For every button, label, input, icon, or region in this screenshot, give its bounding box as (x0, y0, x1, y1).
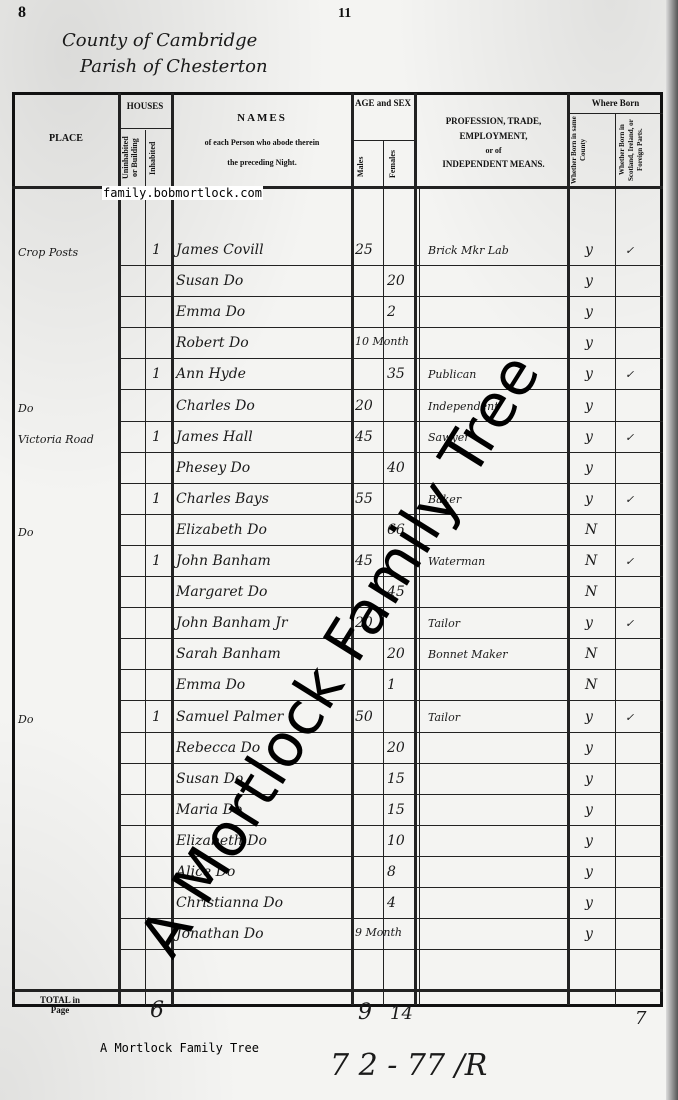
row-inhabited: 1 (152, 242, 161, 258)
row-same_county: N (585, 553, 597, 569)
page-edge-shadow (666, 0, 678, 1100)
row-line (118, 732, 663, 733)
row-female: 20 (387, 740, 405, 756)
totals-label-l2: Page (20, 1005, 100, 1015)
where-born-header-line (567, 113, 663, 114)
row-place: Do (18, 713, 33, 726)
row-same_county: y (585, 398, 593, 414)
houses-header-line (118, 128, 171, 129)
header-males: Males (356, 150, 380, 184)
row-same_county: y (585, 491, 593, 507)
row-name: James Hall (176, 429, 253, 445)
row-same_county: y (585, 460, 593, 476)
row-line (118, 483, 663, 484)
header-place: PLACE (14, 133, 118, 144)
row-male: 25 (355, 242, 373, 258)
totals-label: TOTAL in Page (20, 995, 100, 1015)
row-inhabited: 1 (152, 709, 161, 725)
row-line (118, 421, 663, 422)
totals-foreign: 7 (635, 1008, 646, 1029)
row-name: Elizabeth Do (176, 522, 267, 538)
row-inhabited: 1 (152, 429, 161, 445)
census-table (12, 92, 663, 1007)
col-divider-uninhabited (145, 130, 146, 1005)
row-foreign: ✓ (625, 244, 634, 257)
row-same_county: N (585, 677, 597, 693)
row-name: Margaret Do (176, 584, 267, 600)
row-same_county: N (585, 584, 597, 600)
watermark-footer: A Mortlock Family Tree (100, 1041, 259, 1055)
row-same_county: y (585, 926, 593, 942)
row-female: 15 (387, 802, 405, 818)
row-line (118, 265, 663, 266)
row-same_county: N (585, 646, 597, 662)
page-number-center: 11 (338, 6, 351, 22)
row-foreign: ✓ (625, 555, 634, 568)
header-profession-l4: INDEPENDENT MEANS. (420, 159, 567, 169)
row-male: 9 Month (355, 926, 402, 939)
row-line (118, 327, 663, 328)
row-foreign: ✓ (625, 493, 634, 506)
header-profession-l1: PROFESSION, TRADE, (420, 116, 567, 126)
row-same_county: y (585, 429, 593, 445)
row-line (118, 389, 663, 390)
row-name: Emma Do (176, 677, 245, 693)
row-profession: Tailor (428, 617, 460, 630)
row-inhabited: 1 (152, 491, 161, 507)
county-title: County of Cambridge (62, 30, 257, 51)
row-profession: Brick Mkr Lab (428, 244, 509, 257)
header-profession-l2: EMPLOYMENT, (420, 131, 567, 141)
col-divider-place (118, 93, 121, 1005)
row-female: 40 (387, 460, 405, 476)
row-same_county: y (585, 335, 593, 351)
col-divider-profession (567, 93, 570, 1005)
row-same_county: y (585, 366, 593, 382)
row-female: 20 (387, 646, 405, 662)
totals-females: 14 (390, 1003, 413, 1024)
row-male: 55 (355, 491, 373, 507)
row-same_county: y (585, 864, 593, 880)
row-name: Charles Do (176, 398, 255, 414)
row-line (118, 949, 663, 950)
row-name: Susan Do (176, 273, 243, 289)
row-male: 10 Month (355, 335, 409, 348)
row-female: 20 (387, 273, 405, 289)
row-line (118, 358, 663, 359)
row-profession: Publican (428, 368, 476, 381)
row-line (118, 763, 663, 764)
totals-label-l1: TOTAL in (20, 995, 100, 1005)
row-name: James Covill (176, 242, 264, 258)
row-same_county: y (585, 242, 593, 258)
header-where-born: Where Born (568, 98, 663, 108)
header-females: Females (388, 145, 412, 183)
row-same_county: y (585, 304, 593, 320)
row-same_county: y (585, 615, 593, 631)
header-born-scotland: Whether Born in Scotland, Ireland, or Fo… (618, 116, 662, 184)
header-uninhabited: Uninhabited or Building (121, 132, 143, 184)
parish-title: Parish of Chesterton (80, 56, 268, 77)
row-same_county: y (585, 709, 593, 725)
row-profession: Bonnet Maker (428, 648, 508, 661)
col-divider-names (351, 93, 354, 1005)
row-place: Crop Posts (18, 246, 78, 259)
row-female: 8 (387, 864, 396, 880)
row-female: 15 (387, 771, 405, 787)
row-male: 20 (355, 398, 373, 414)
header-born-same-county: Whether Born in same County (570, 116, 614, 184)
row-same_county: y (585, 833, 593, 849)
row-same_county: y (585, 895, 593, 911)
row-female: 10 (387, 833, 405, 849)
col-divider-age-inner (419, 188, 420, 1005)
row-name: Sarah Banham (176, 646, 281, 662)
row-foreign: ✓ (625, 711, 634, 724)
header-profession-l3: or of (420, 146, 567, 155)
row-female: 1 (387, 677, 396, 693)
watermark-url: family.bobmortlock.com (102, 186, 263, 200)
totals-males: 9 (358, 1000, 372, 1025)
row-name: John Banham (176, 553, 271, 569)
header-inhabited: Inhabited (148, 132, 168, 184)
row-female: 4 (387, 895, 396, 911)
row-foreign: ✓ (625, 617, 634, 630)
row-same_county: y (585, 802, 593, 818)
header-age-sex: AGE and SEX (352, 98, 414, 109)
row-male: 45 (355, 429, 373, 445)
row-foreign: ✓ (625, 368, 634, 381)
row-inhabited: 1 (152, 366, 161, 382)
row-line (118, 452, 663, 453)
row-name: Phesey Do (176, 460, 250, 476)
page-number-left: 8 (18, 4, 26, 22)
row-same_county: N (585, 522, 597, 538)
totals-top-line (12, 989, 663, 992)
row-inhabited: 1 (152, 553, 161, 569)
col-divider-born (615, 113, 616, 1005)
row-name: Robert Do (176, 335, 249, 351)
row-name: John Banham Jr (176, 615, 288, 631)
row-line (118, 700, 663, 701)
row-line (118, 669, 663, 670)
row-same_county: y (585, 771, 593, 787)
age-header-line (351, 140, 414, 141)
row-profession: Tailor (428, 711, 460, 724)
row-female: 2 (387, 304, 396, 320)
row-male: 50 (355, 709, 373, 725)
row-name: Emma Do (176, 304, 245, 320)
row-place: Victoria Road (18, 433, 94, 446)
row-female: 35 (387, 366, 405, 382)
header-age-sex-label: AGE and SEX (355, 98, 411, 108)
header-houses: HOUSES (118, 101, 172, 111)
row-name: Charles Bays (176, 491, 269, 507)
row-same_county: y (585, 273, 593, 289)
row-place: Do (18, 402, 33, 415)
row-same_county: y (585, 740, 593, 756)
header-names-sub2: the preceding Night. (172, 158, 352, 167)
header-names: NAMES (172, 112, 352, 124)
row-line (118, 296, 663, 297)
row-line (118, 794, 663, 795)
footer-reference: 7 2 - 77 /R (330, 1048, 487, 1083)
totals-inhabited: 6 (150, 998, 164, 1023)
row-place: Do (18, 526, 33, 539)
row-name: Ann Hyde (176, 366, 246, 382)
header-names-sub1: of each Person who abode therein (172, 138, 352, 147)
row-foreign: ✓ (625, 431, 634, 444)
